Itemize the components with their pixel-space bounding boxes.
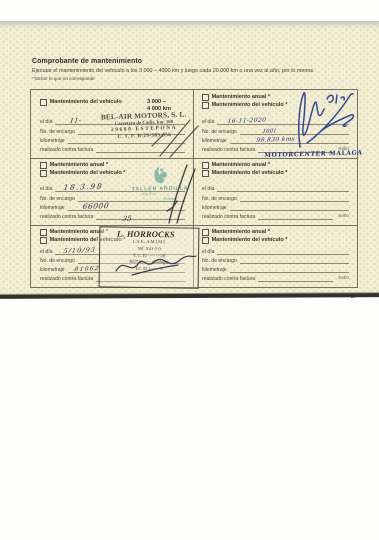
invoice-label: realizado contra factura — [202, 276, 258, 282]
day-label: el día — [202, 249, 217, 255]
maintenance-annual-label: Mantenimiento anual * — [212, 229, 270, 235]
seal-label: Sello — [338, 276, 349, 281]
km-label: kilometraje — [40, 205, 68, 211]
km-label: kilometraje — [202, 267, 230, 273]
day-label: el día — [40, 249, 55, 255]
km-label: kilometraje — [202, 205, 230, 211]
maintenance-vehicle-label: Mantenimiento del vehículo — [50, 99, 122, 105]
maintenance-vehicle-label: Mantenimiento del vehículo * — [212, 170, 288, 176]
invoice-label: realizado contra factura — [40, 147, 96, 153]
signature-box5 — [112, 249, 198, 277]
checkbox-icon — [202, 229, 209, 236]
scanned-booklet-page: Comprobante de mantenimiento Ejecutar el… — [0, 21, 379, 295]
maintenance-vehicle-label: Mantenimiento del vehículo * — [212, 237, 288, 243]
service-box-6: Mantenimiento anual * Mantenimiento del … — [193, 225, 357, 287]
maintenance-annual-label: Mantenimiento anual * — [50, 162, 108, 168]
checkbox-icon — [40, 99, 47, 106]
checkbox-icon — [202, 94, 209, 101]
km-label: kilometraje — [40, 267, 68, 273]
maintenance-annual-label: Mantenimiento anual * — [212, 94, 270, 100]
checkbox-icon — [40, 237, 47, 244]
checkbox-icon — [202, 162, 209, 169]
seal-label: Sello — [338, 214, 349, 219]
invoice-label: realizado contra factura — [40, 214, 96, 220]
checkbox-icon — [40, 229, 47, 236]
day-label: el día — [202, 186, 217, 192]
page-title: Comprobante de mantenimiento — [32, 58, 142, 65]
page-subtitle: Ejecutar el mantenimiento del vehículo a… — [32, 68, 315, 74]
checkbox-icon — [202, 102, 209, 109]
signature-box1 — [150, 116, 202, 158]
km-label: kilometraje — [40, 138, 68, 144]
booklet-bottom-edge — [0, 293, 379, 298]
checkbox-icon — [202, 170, 209, 177]
invoice-label: realizado contra factura — [202, 147, 258, 153]
invoice-label: realizado contra factura — [202, 214, 258, 220]
checkbox-icon — [202, 237, 209, 244]
service-box-4: Mantenimiento anual * Mantenimiento del … — [193, 158, 357, 225]
footnote-legend: *Tachar lo que no corresponde — [32, 76, 95, 81]
maintenance-vehicle-label: Mantenimiento del vehículo * — [212, 102, 288, 108]
signature-box3 — [163, 161, 197, 225]
handwritten-invoice: 35 — [122, 215, 132, 223]
km-label: kilometraje — [202, 138, 230, 144]
checkbox-icon — [40, 162, 47, 169]
signature-box2 — [291, 85, 359, 153]
invoice-label: realizado contra factura — [40, 276, 96, 282]
day-label: el día — [40, 186, 55, 192]
day-label: el día — [40, 119, 55, 125]
maintenance-annual-label: Mantenimiento anual * — [212, 162, 270, 168]
checkbox-icon — [40, 170, 47, 177]
maintenance-vehicle-label: Mantenimiento del vehículo * — [50, 170, 126, 176]
day-label: el día — [202, 119, 217, 125]
